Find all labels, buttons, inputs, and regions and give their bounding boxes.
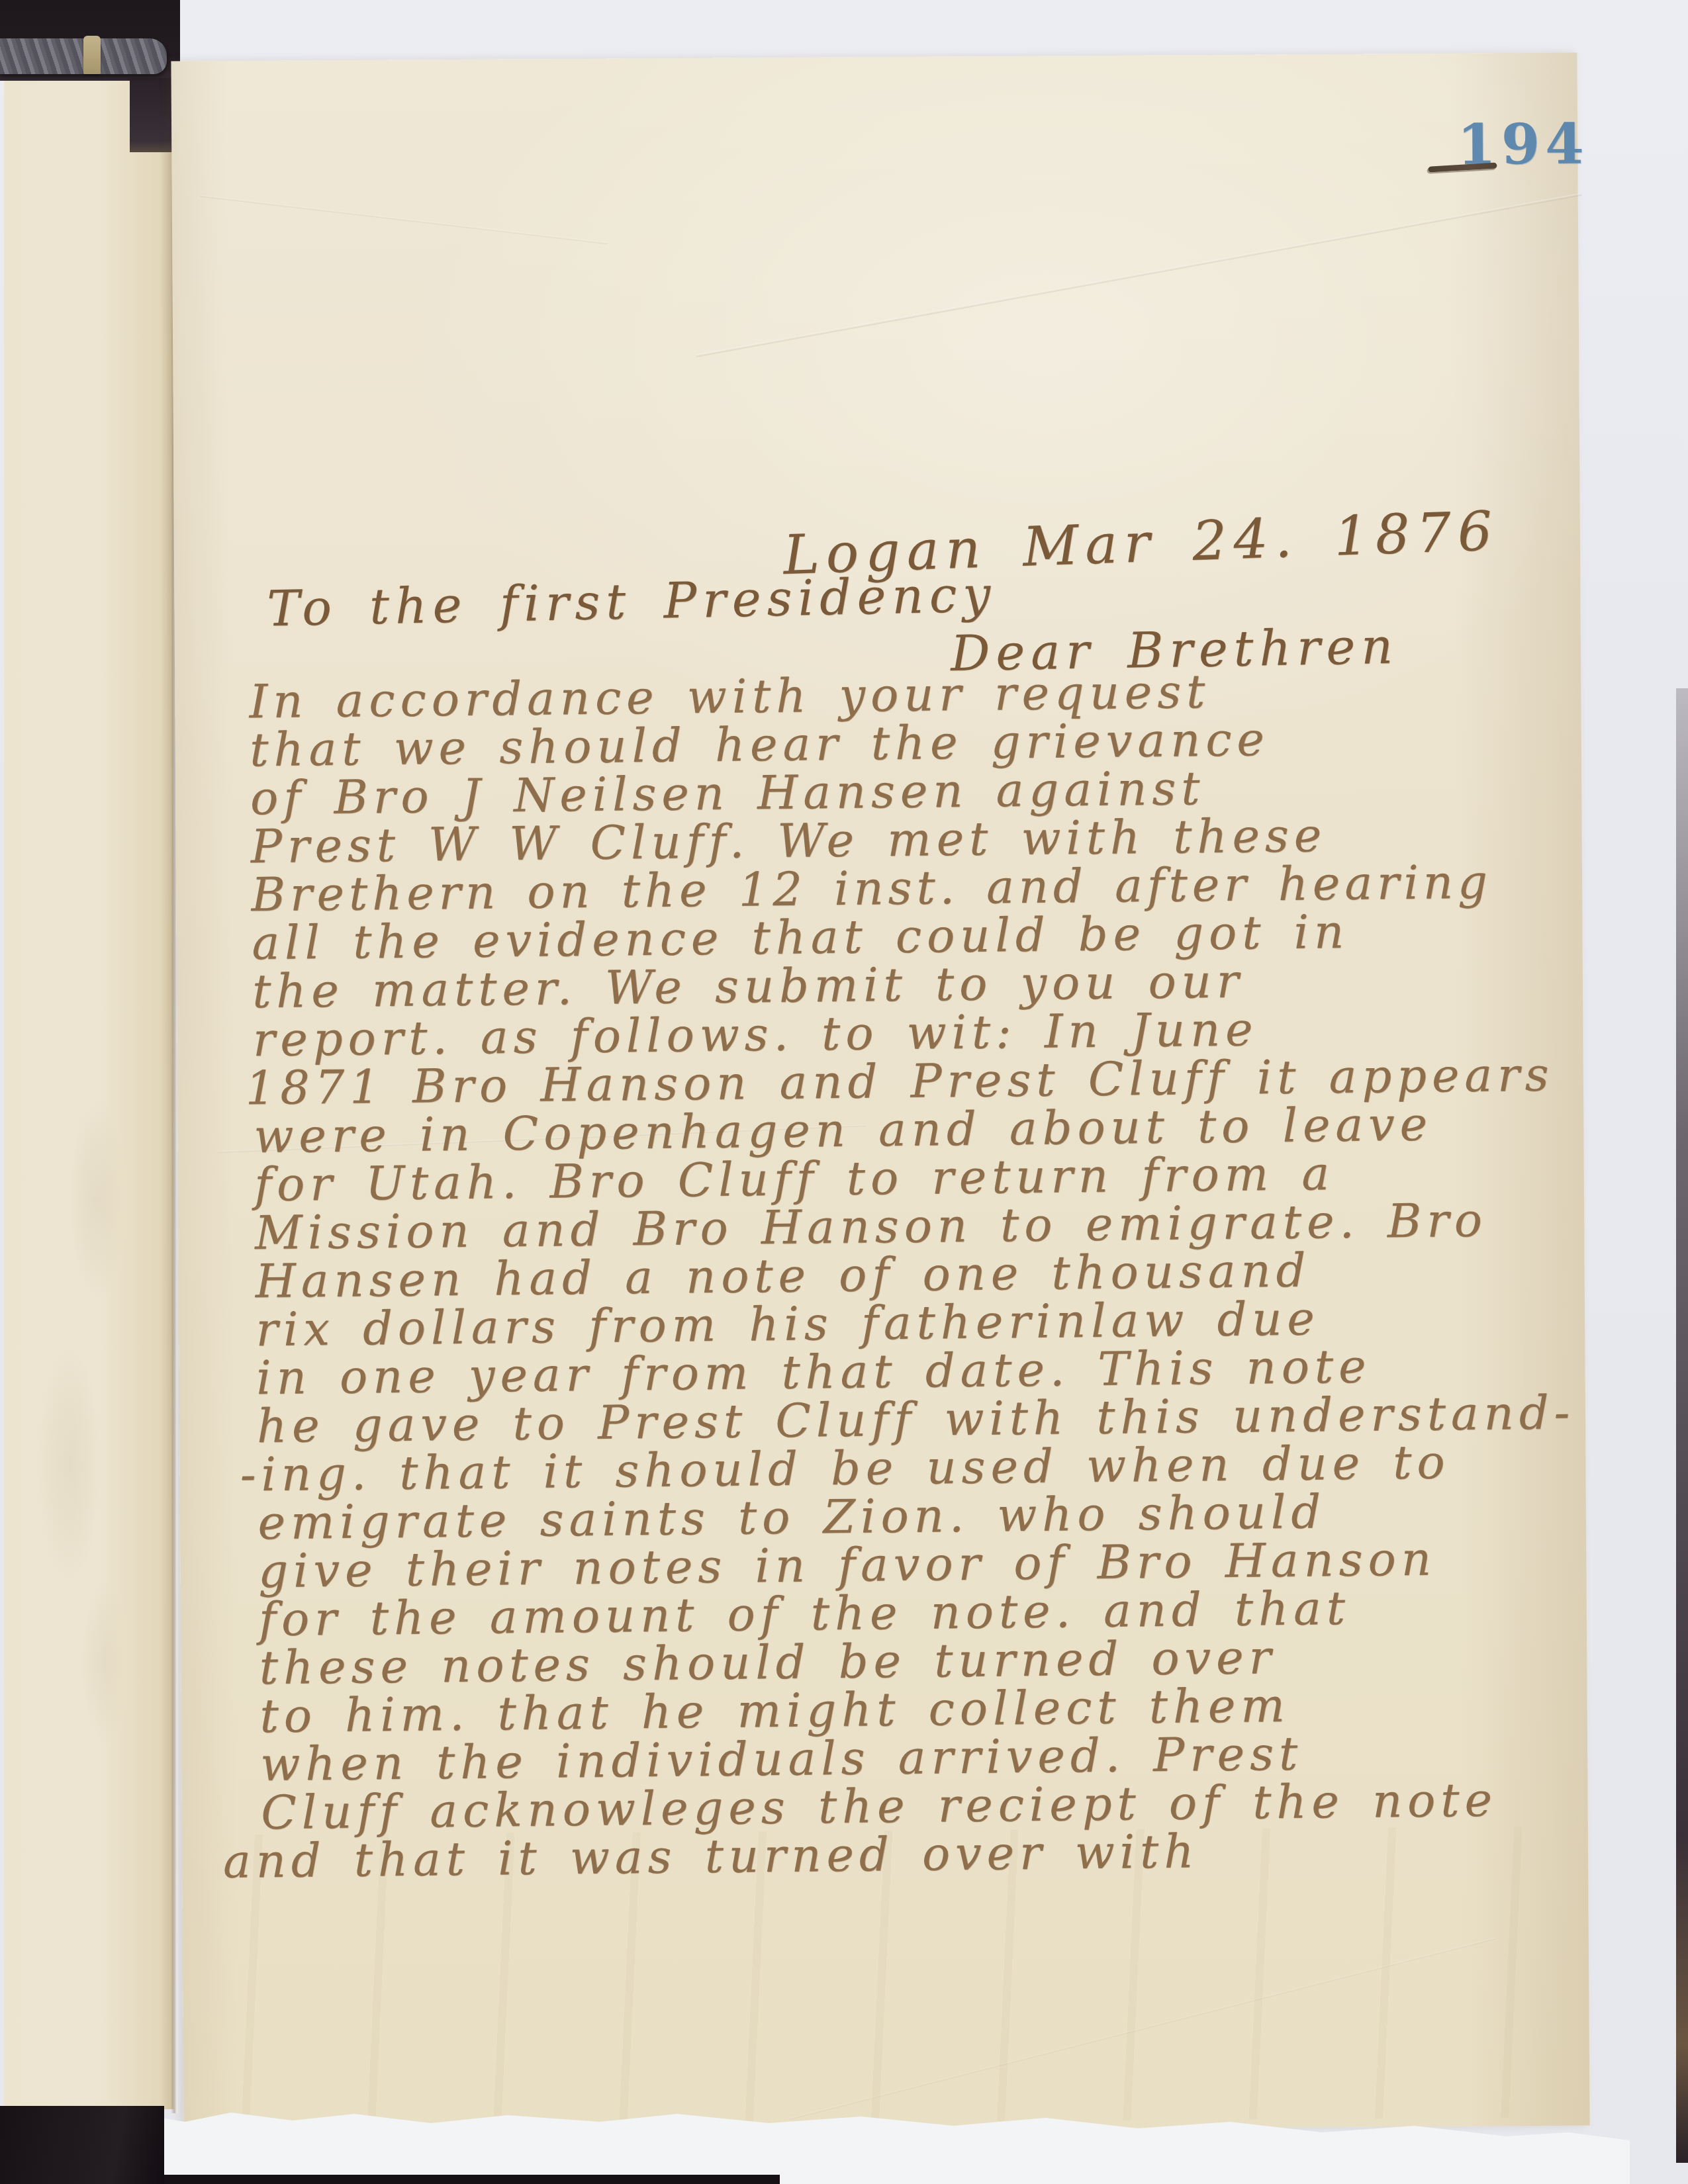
paper-crease bbox=[200, 195, 608, 244]
paper-crease bbox=[696, 193, 1582, 357]
book-cover-bottom-strip bbox=[164, 2175, 780, 2184]
manuscript-page: 194 Logan Mar 24. 1876 To the first Pres… bbox=[171, 53, 1589, 2134]
letter-addressee: To the first Presidency bbox=[267, 566, 997, 637]
book-cover-bottom-corner bbox=[0, 2106, 164, 2184]
left-page-edge-strip bbox=[4, 74, 173, 2109]
ink-bleed-through bbox=[17, 1100, 150, 1762]
binding-cord-tab bbox=[83, 36, 101, 74]
book-cover-right-edge bbox=[1676, 688, 1688, 2163]
scanned-letter-page: 194 Logan Mar 24. 1876 To the first Pres… bbox=[0, 0, 1688, 2184]
letter-body: In accordance with your request that we … bbox=[249, 664, 1572, 1886]
